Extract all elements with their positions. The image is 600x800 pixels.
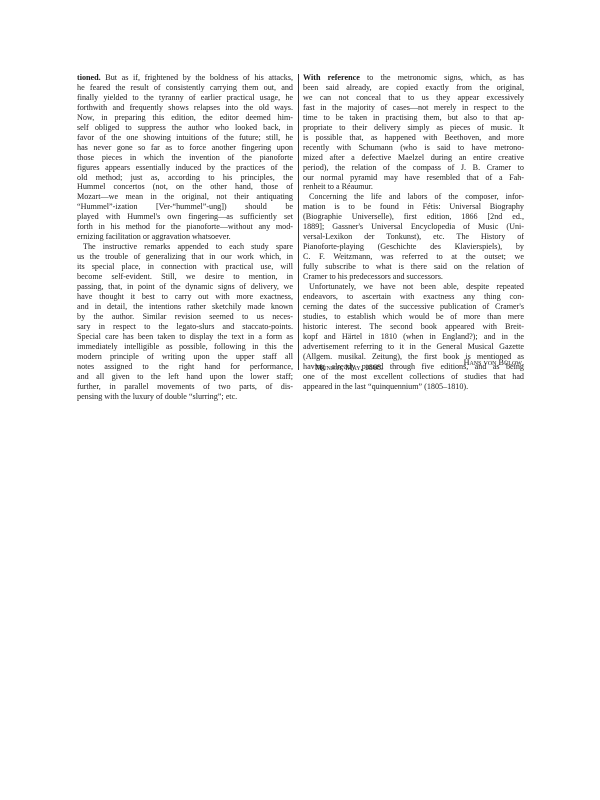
text-line: (Biographie Universelle), first edition,… [303,212,524,222]
line-text: Pianoforte-playing (Geschichte des Klavi… [303,242,524,251]
text-line: one of the most excellent collections of… [303,372,524,382]
text-line: Special care has been taken to display t… [77,332,293,342]
text-line: become self-evident. Still, we desire to… [77,272,293,282]
line-text: further, in parallel movements of two pa… [77,382,293,391]
line-text: fully subscribe to what is there said on… [303,262,524,271]
line-text: fast in the majority of cases—not merely… [303,103,524,112]
text-line: forthwith and frequently shows relapses … [77,103,293,113]
text-line: old method; just as, according to his pr… [77,173,293,183]
line-text: forth in his method for the pianoforte—w… [77,222,293,231]
text-line: renheit to a Réaumur. [303,182,524,192]
text-line: kopf and Härtel in 1810 (when in England… [303,332,524,342]
line-text: us the trouble of generalizing that in o… [77,252,293,261]
line-text: advertisement referring to it in the Gen… [303,342,524,351]
text-line: Cramer to his predecessors and successor… [303,272,524,282]
text-line: those pieces in which the invention of t… [77,153,293,163]
text-line: endeavors, to ascertain with exactness a… [303,292,524,302]
text-line: Now, in preparing this edition, the edit… [77,113,293,123]
text-line: by the author. Similar revision seemed t… [77,312,293,322]
text-line: notes assigned to the right hand for per… [77,362,293,372]
line-text: Hummel concertos (not, on the other hand… [77,182,293,191]
text-line: sary in respect to the legato-slurs and … [77,322,293,332]
text-line: recently with Schumann (who is said to h… [303,143,524,153]
text-line: favor of the one showing intuitions of t… [77,133,293,143]
text-line: and all given to the left hand upon the … [77,372,293,382]
right-column: With reference to the metronomic signs, … [303,73,524,392]
line-text: have thought it best to carry out with m… [77,292,293,301]
text-line: us the trouble of generalizing that in o… [77,252,293,262]
text-line: has never gone so far as to force anothe… [77,143,293,153]
text-line: studies, to establish which would be of … [303,312,524,322]
line-text: studies, to establish which would be of … [303,312,524,321]
line-text: been said already, are copied exactly fr… [303,83,524,92]
line-text: notes assigned to the right hand for per… [77,362,293,371]
line-text: cerning the dates of the successive publ… [303,302,524,311]
text-line: pensing with the luxury of double “slurr… [77,392,293,402]
text-line: The instructive remarks appended to each… [77,242,293,252]
line-text: renheit to a Réaumur. [303,182,373,191]
line-text: we can not conceal that to us they appea… [303,93,524,102]
line-text: Special care has been taken to display t… [77,332,293,341]
line-text: to the metronomic signs, which, as has [360,73,524,82]
line-text: immediately intelligible as possible, fo… [77,342,293,351]
line-text: Unfortunately, we have not been able, de… [309,282,524,291]
text-line: played with Hummel's own fingering—as su… [77,212,293,222]
line-text: become self-evident. Still, we desire to… [77,272,293,281]
text-line: self obliged to suppress the author who … [77,123,293,133]
bold-lead: With reference [303,73,360,82]
text-line: is possible that, as happened with Beeth… [303,133,524,143]
line-text: has never gone so far as to force anothe… [77,143,293,152]
line-text: propriate to their delivery simply as pi… [303,123,524,132]
line-text: Concerning the life and labors of the co… [309,192,524,201]
text-line: fast in the majority of cases—not merely… [303,103,524,113]
text-line: have thought it best to carry out with m… [77,292,293,302]
line-text: favor of the one showing intuitions of t… [77,133,293,142]
line-text: time to be taken in practising them, but… [303,113,524,122]
text-line: Hummel concertos (not, on the other hand… [77,182,293,192]
text-line: tioned. But as if, frightened by the bol… [77,73,293,83]
line-text: kopf and Härtel in 1810 (when in England… [303,332,524,341]
column-divider [298,74,299,370]
text-line: cerning the dates of the successive publ… [303,302,524,312]
text-line: modern principle of writing upon the upp… [77,352,293,362]
line-text: mation is to be found in Fétis: Universa… [303,202,524,211]
text-line: propriate to their delivery simply as pi… [303,123,524,133]
line-text: its special place, in connection with pr… [77,262,293,271]
text-line: forth in his method for the pianoforte—w… [77,222,293,232]
text-line: “Hummel”-ization [Ver-“hummel”-ung]) sho… [77,202,293,212]
line-text: (Biographie Universelle), first edition,… [303,212,524,221]
line-text: mized after a defective Maelzel during a… [303,153,524,162]
text-line: advertisement referring to it in the Gen… [303,342,524,352]
text-line: and in detail, the intentions rather ske… [77,302,293,312]
line-text: one of the most excellent collections of… [303,372,524,381]
line-text: old method; just as, according to his pr… [77,173,293,182]
signature-place-date: Munich, May, 1868. [315,363,383,372]
text-line: fully subscribe to what is there said on… [303,262,524,272]
line-text: “Hummel”-ization [Ver-“hummel”-ung]) sho… [77,202,293,211]
signature-name: Hans von Bülow. [464,358,524,367]
text-line: its special place, in connection with pr… [77,262,293,272]
line-text: sary in respect to the legato-slurs and … [77,322,293,331]
text-line: appeared in the last “quinquennium” (180… [303,382,524,392]
text-line: historic interest. The second book appea… [303,322,524,332]
text-line: Unfortunately, we have not been able, de… [303,282,524,292]
line-text: endeavors, to ascertain with exactness a… [303,292,524,301]
text-line: period), the relation of the compass of … [303,163,524,173]
text-line: versal-Lexikon der Tonkunst), etc. The H… [303,232,524,242]
line-text: by the author. Similar revision seemed t… [77,312,293,321]
text-line: immediately intelligible as possible, fo… [77,342,293,352]
text-line: passing, that, in point of the dynamic s… [77,282,293,292]
line-text: played with Hummel's own fingering—as su… [77,212,293,221]
text-line: been said already, are copied exactly fr… [303,83,524,93]
line-text: The instructive remarks appended to each… [83,242,293,251]
text-line: finally yielded to the tyranny of earlie… [77,93,293,103]
line-text: modern principle of writing upon the upp… [77,352,293,361]
line-text: C. F. Weitzmann, was referred to at the … [303,252,524,261]
line-text: and all given to the left hand upon the … [77,372,293,381]
text-line: further, in parallel movements of two pa… [77,382,293,392]
line-text: forthwith and frequently shows relapses … [77,103,293,112]
line-text: Cramer to his predecessors and successor… [303,272,443,281]
text-line: mized after a defective Maelzel during a… [303,153,524,163]
line-text: Mozart—we mean in the original, not thei… [77,192,293,201]
text-line: he feared the result of consistently car… [77,83,293,93]
line-text: recently with Schumann (who is said to h… [303,143,524,152]
text-line: With reference to the metronomic signs, … [303,73,524,83]
line-text: he feared the result of consistently car… [77,83,293,92]
text-line: Concerning the life and labors of the co… [303,192,524,202]
line-text: But as if, frightened by the boldness of… [101,73,293,82]
line-text: those pieces in which the invention of t… [77,153,293,162]
line-text: self obliged to suppress the author who … [77,123,293,132]
text-line: Pianoforte-playing (Geschichte des Klavi… [303,242,524,252]
line-text: passing, that, in point of the dynamic s… [77,282,293,291]
line-text: our normal pyramid may have resembled th… [303,173,524,182]
text-line: C. F. Weitzmann, was referred to at the … [303,252,524,262]
document-page: tioned. But as if, frightened by the bol… [0,0,600,800]
line-text: finally yielded to the tyranny of earlie… [77,93,293,102]
text-line: we can not conceal that to us they appea… [303,93,524,103]
line-text: and in detail, the intentions rather ske… [77,302,293,311]
text-line: our normal pyramid may have resembled th… [303,173,524,183]
text-line: time to be taken in practising them, but… [303,113,524,123]
line-text: 1889]; Gassner's Universal Encyclopedia … [303,222,524,231]
line-text: figures appears essentially induced by t… [77,163,293,172]
text-line: figures appears essentially induced by t… [77,163,293,173]
text-line: ernizing facilitation or aggravation wha… [77,232,293,242]
text-line: mation is to be found in Fétis: Universa… [303,202,524,212]
line-text: appeared in the last “quinquennium” (180… [303,382,468,391]
line-text: is possible that, as happened with Beeth… [303,133,524,142]
line-text: pensing with the luxury of double “slurr… [77,392,237,401]
text-line: 1889]; Gassner's Universal Encyclopedia … [303,222,524,232]
line-text: Now, in preparing this edition, the edit… [77,113,293,122]
line-text: versal-Lexikon der Tonkunst), etc. The H… [303,232,524,241]
bold-lead: tioned. [77,73,101,82]
line-text: period), the relation of the compass of … [303,163,524,172]
text-line: Mozart—we mean in the original, not thei… [77,192,293,202]
line-text: ernizing facilitation or aggravation wha… [77,232,231,241]
line-text: historic interest. The second book appea… [303,322,524,331]
left-column: tioned. But as if, frightened by the bol… [77,73,293,401]
